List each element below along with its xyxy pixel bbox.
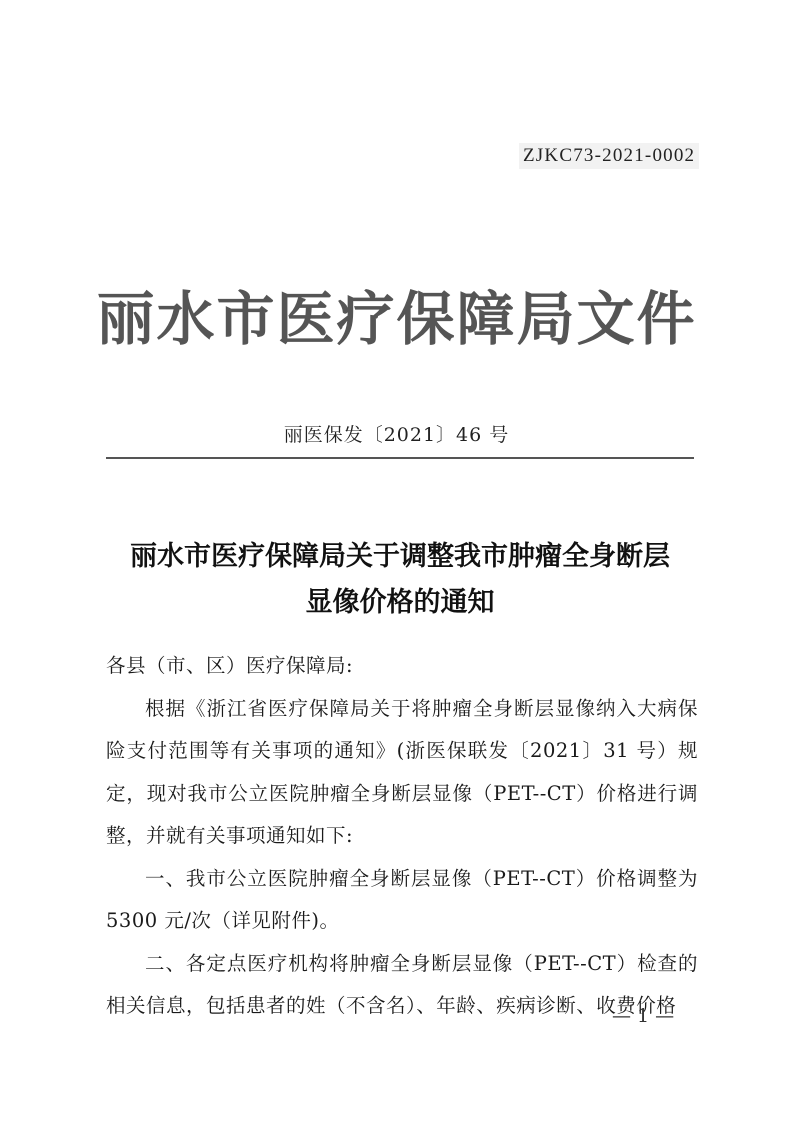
paragraph-item-2: 二、各定点医疗机构将肿瘤全身断层显像（PET--CT）检查的相关信息，包括患者的… (106, 943, 698, 1028)
masthead-title: 丽水市医疗保障局文件 (0, 272, 793, 356)
notice-title-line-2: 显像价格的通知 (100, 580, 700, 626)
paragraph-basis: 根据《浙江省医疗保障局关于将肿瘤全身断层显像纳入大病保险支付范围等有关事项的通知… (106, 688, 698, 858)
document-number: 丽医保发〔2021〕46 号 (0, 420, 793, 447)
notice-title: 丽水市医疗保障局关于调整我市肿瘤全身断层 显像价格的通知 (100, 534, 700, 626)
paragraph-item-1: 一、我市公立医院肿瘤全身断层显像（PET--CT）价格调整为 5300 元/次（… (106, 858, 698, 943)
document-body: 各县（市、区）医疗保障局: 根据《浙江省医疗保障局关于将肿瘤全身断层显像纳入大病… (106, 645, 698, 1028)
notice-title-line-1: 丽水市医疗保障局关于调整我市肿瘤全身断层 (100, 534, 700, 580)
salutation: 各县（市、区）医疗保障局: (106, 645, 698, 688)
page-number: — 1 — (612, 1005, 674, 1027)
document-code: ZJKC73-2021-0002 (519, 143, 699, 169)
header-divider (106, 457, 694, 459)
